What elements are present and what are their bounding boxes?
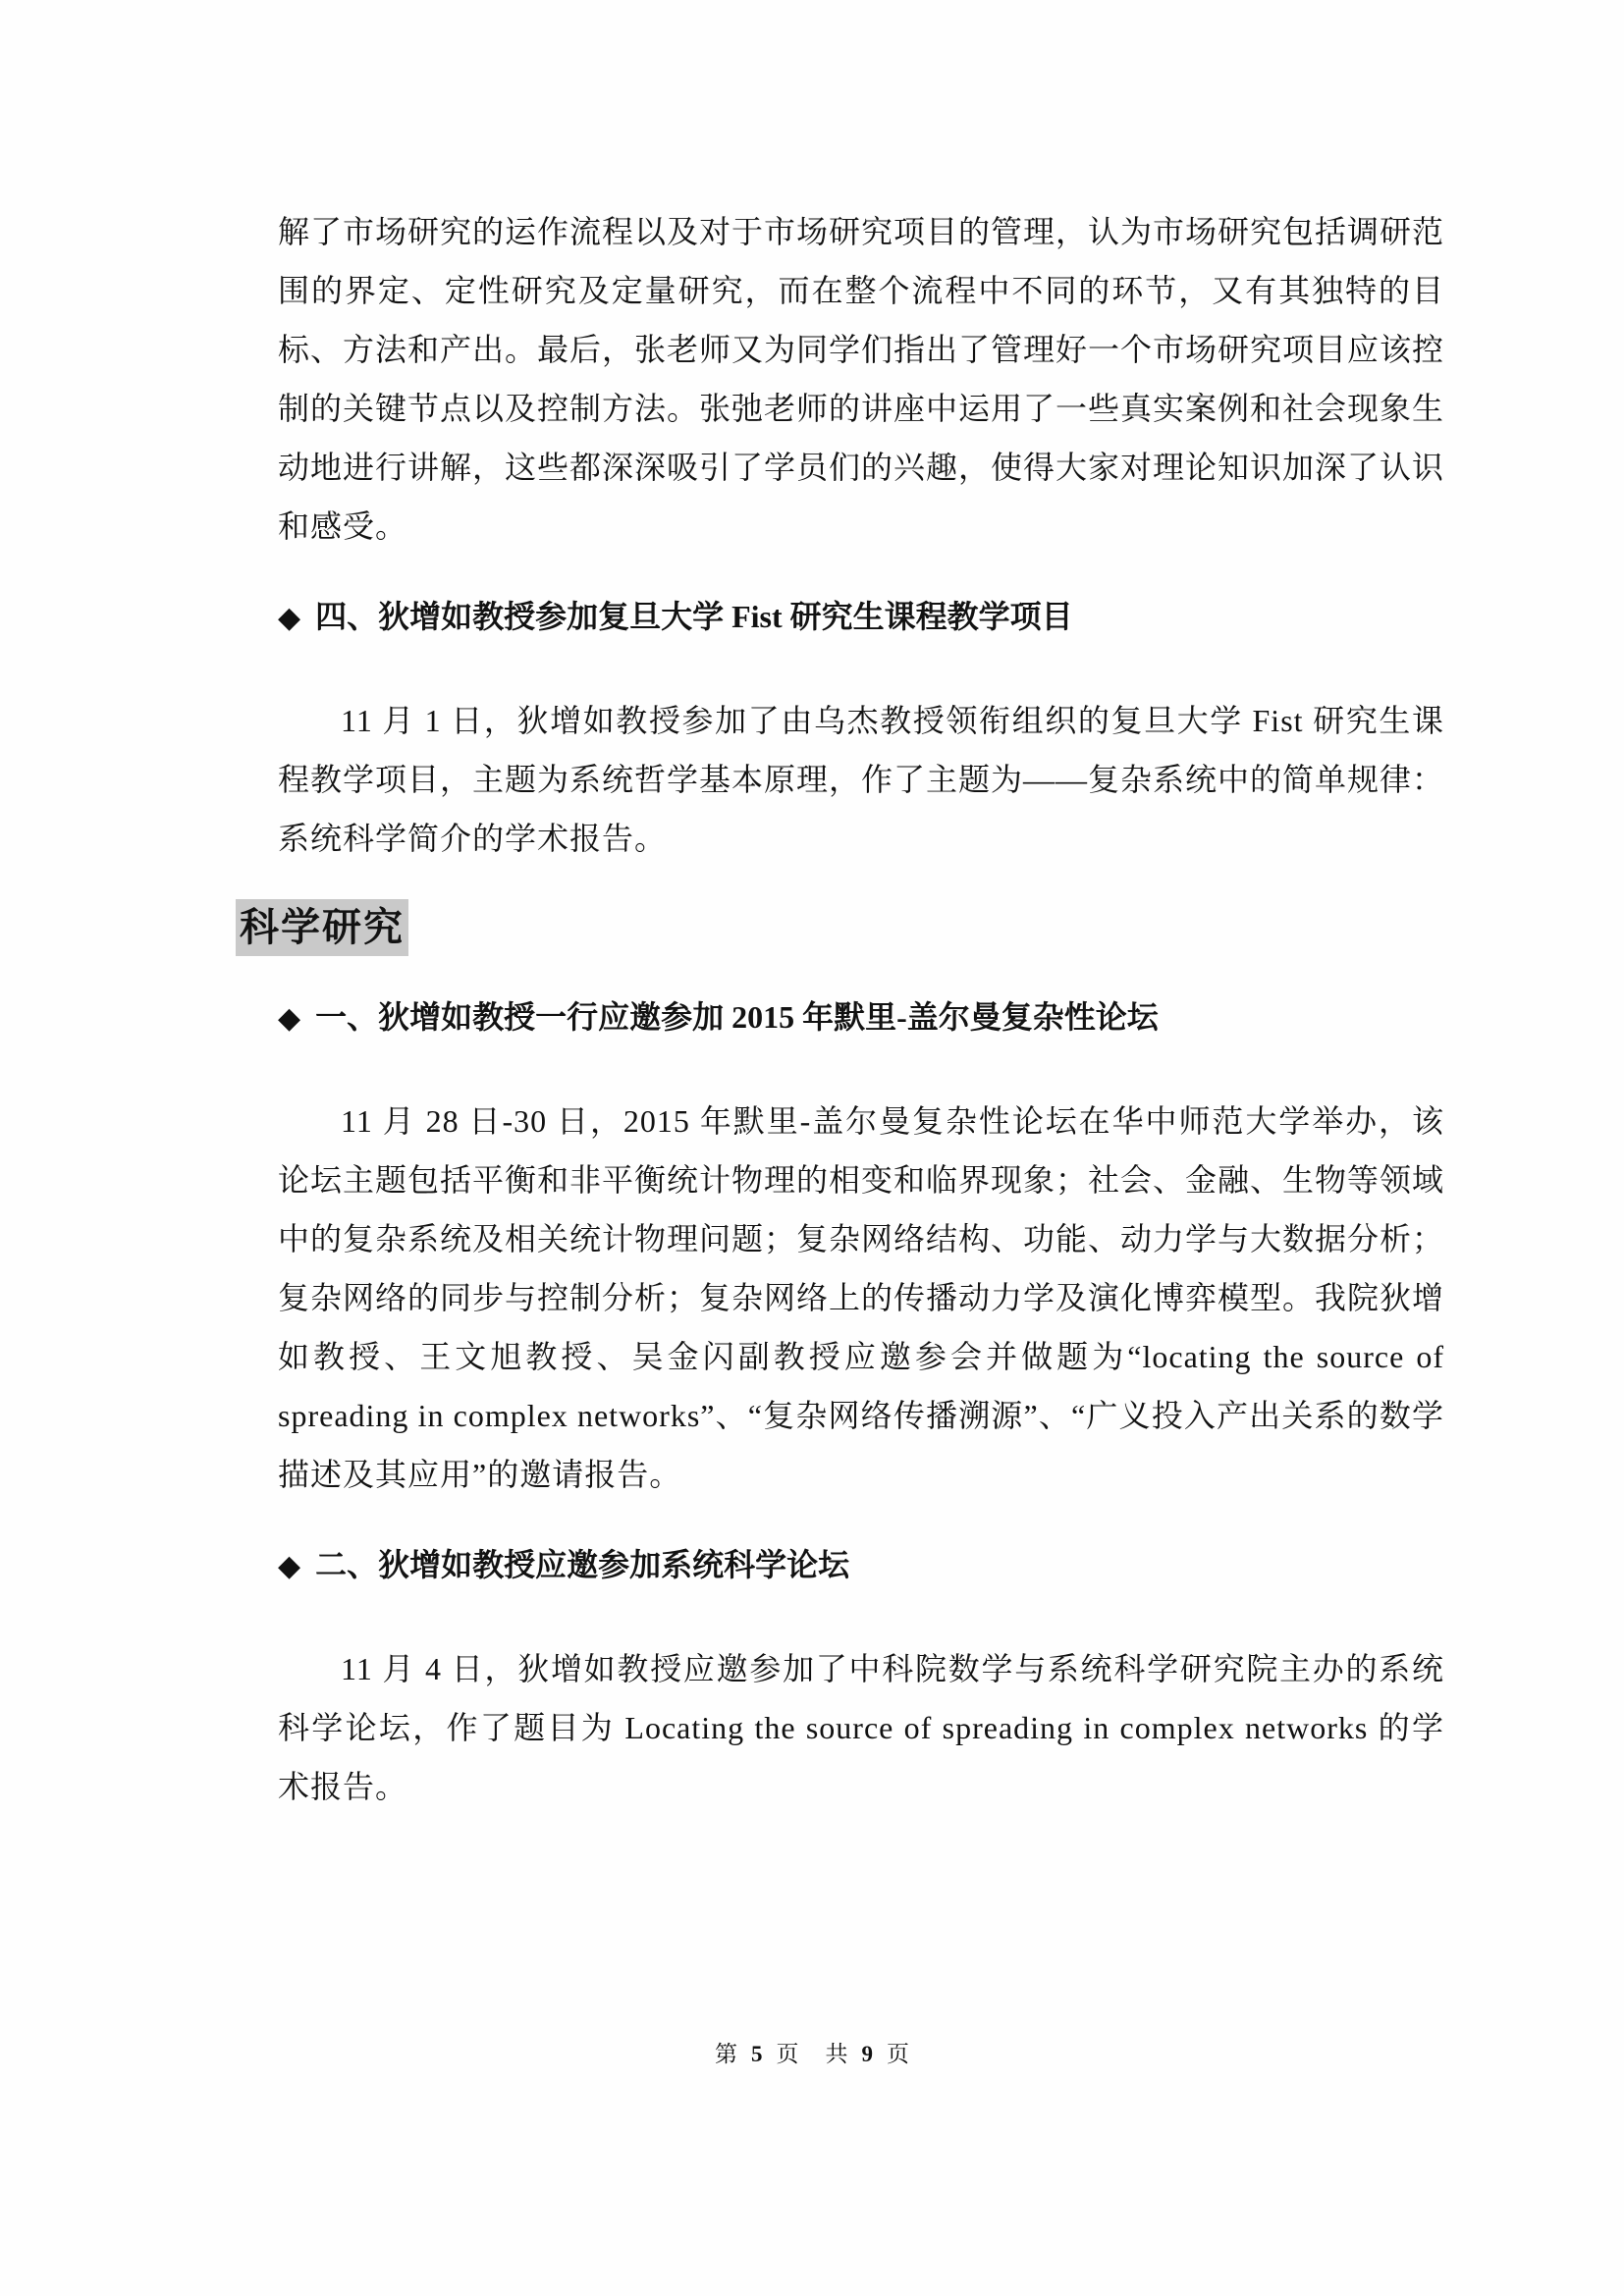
paragraph-complexity-forum: 11 月 28 日-30 日，2015 年默里-盖尔曼复杂性论坛在华中师范大学举… [278, 1092, 1444, 1504]
diamond-bullet-icon: ◆ [278, 1001, 300, 1036]
footer-prefix: 第 [715, 2042, 737, 2066]
paragraph-fudan-fist: 11 月 1 日，狄增如教授参加了由乌杰教授领衔组织的复旦大学 Fist 研究生… [278, 691, 1444, 868]
document-page: 解了市场研究的运作流程以及对于市场研究项目的管理，认为市场研究包括调研范围的界定… [0, 0, 1624, 2296]
footer-page-number: 5 [751, 2042, 763, 2066]
page-footer: 第5页共9页 [0, 2040, 1624, 2069]
continued-paragraph: 解了市场研究的运作流程以及对于市场研究项目的管理，认为市场研究包括调研范围的界定… [278, 202, 1444, 556]
heading-two-label: 二、狄增如教授应邀参加系统科学论坛 [315, 1547, 849, 1582]
document-body: 解了市场研究的运作流程以及对于市场研究项目的管理，认为市场研究包括调研范围的界定… [278, 202, 1444, 1847]
heading-four-label: 四、狄增如教授参加复旦大学 Fist 研究生课程教学项目 [315, 599, 1073, 634]
section-header-row: 科学研究 [236, 899, 1444, 956]
diamond-bullet-icon: ◆ [278, 601, 300, 635]
footer-total-pages: 9 [862, 2042, 874, 2066]
heading-item-four: ◆四、狄增如教授参加复旦大学 Fist 研究生课程教学项目 [278, 587, 1444, 648]
heading-item-one: ◆一、狄增如教授一行应邀参加 2015 年默里-盖尔曼复杂性论坛 [278, 988, 1444, 1048]
diamond-bullet-icon: ◆ [278, 1549, 300, 1583]
section-title-research: 科学研究 [236, 899, 408, 956]
footer-total-page-label: 页 [887, 2042, 909, 2066]
footer-page-label: 页 [777, 2042, 799, 2066]
heading-item-two: ◆二、狄增如教授应邀参加系统科学论坛 [278, 1535, 1444, 1596]
heading-one-label: 一、狄增如教授一行应邀参加 2015 年默里-盖尔曼复杂性论坛 [315, 999, 1159, 1035]
footer-total-label: 共 [826, 2042, 848, 2066]
paragraph-systems-science-forum: 11 月 4 日，狄增如教授应邀参加了中科院数学与系统科学研究院主办的系统科学论… [278, 1639, 1444, 1816]
